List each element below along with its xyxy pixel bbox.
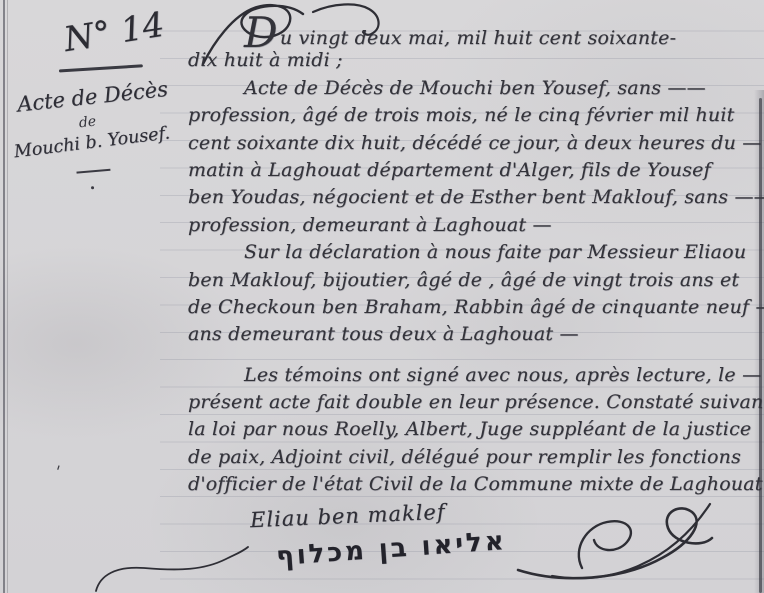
body-line: matin à Laghouat département d'Alger, fi… [188, 157, 762, 184]
body-line: de Checkoun ben Braham, Rabbin âgé de ci… [188, 294, 762, 321]
ornate-initial: D [244, 23, 280, 43]
body-line: ben Maklouf, bijoutier, âgé de , âgé de … [188, 267, 762, 294]
register-page: N° 14 Acte de Décès de Mouchi b. Yousef.… [0, 0, 764, 593]
body-line: Sur la déclaration à nous faite par Mess… [188, 239, 762, 266]
ink-speck: ' [52, 462, 62, 481]
body-line: ben Youdas, négocient et de Esther bent … [188, 184, 762, 211]
body-line: la loi par nous Roelly, Albert, Juge sup… [188, 416, 762, 443]
body-line: de paix, Adjoint civil, délégué pour rem… [188, 444, 762, 471]
body-line: profession, demeurant à Laghouat — [188, 212, 762, 239]
body-line: présent acte fait double en leur présenc… [188, 389, 762, 416]
body-line: d'officier de l'état Civil de la Commune… [188, 471, 762, 498]
body-lines: Du vingt deux mai, mil huit cent soixant… [188, 20, 762, 499]
margin-annotation: N° 14 Acte de Décès de Mouchi b. Yousef. [9, 9, 187, 191]
act-number: N° 14 [61, 2, 184, 60]
left-binding-line-faint [7, 0, 8, 593]
body-line: profession, âgé de trois mois, né le cin… [188, 102, 762, 129]
bottom-left-flourish [88, 545, 258, 593]
body-line: Acte de Décès de Mouchi ben Yousef, sans… [188, 75, 762, 102]
body-line: Du vingt deux mai, mil huit cent soixant… [188, 20, 762, 47]
ink-dot [91, 186, 94, 189]
official-signature-flourish [512, 498, 727, 588]
margin-underline [76, 168, 110, 173]
body-line: Les témoins ont signé avec nous, après l… [188, 362, 762, 389]
body-line: ans demeurant tous deux à Laghouat — [188, 321, 762, 348]
margin-divider-rule [59, 64, 143, 72]
body-line: cent soixante dix huit, décédé ce jour, … [188, 130, 762, 157]
left-binding-line [3, 0, 5, 593]
